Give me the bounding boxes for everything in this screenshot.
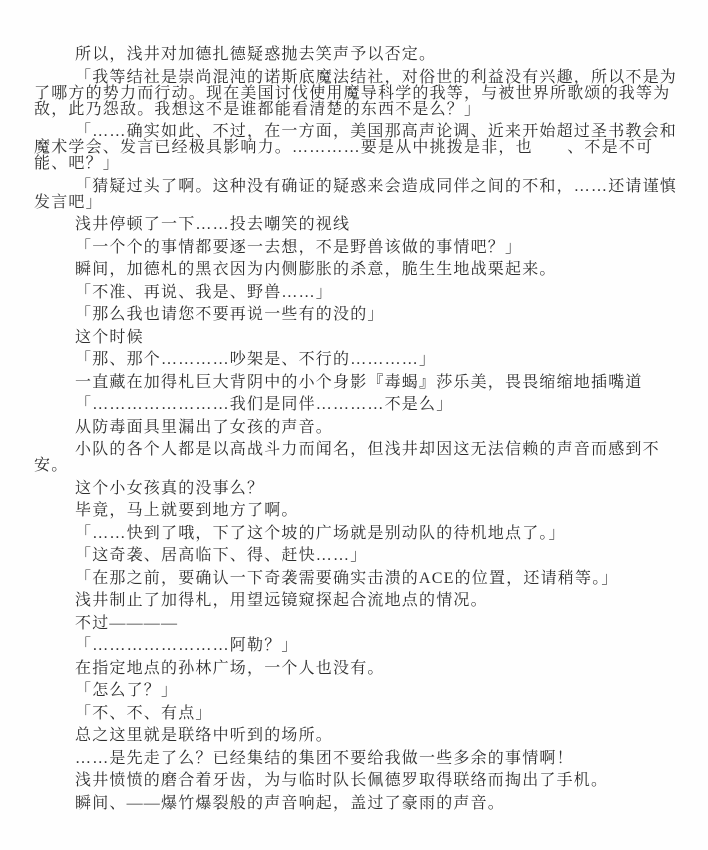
paragraph: 「不准、再说、我是、野兽……」 bbox=[34, 285, 678, 301]
paragraph: 「……………………阿勒？」 bbox=[34, 638, 678, 654]
paragraph: 「那么我也请您不要再说一些有的没的」 bbox=[34, 307, 678, 323]
paragraph: 浅井制止了加得札，用望远镜窥探起合流地点的情况。 bbox=[34, 593, 678, 609]
paragraph: 毕竟，马上就要到地方了啊。 bbox=[34, 503, 678, 519]
paragraph: 「……快到了哦，下了这个坡的广场就是别动队的待机地点了。」 bbox=[34, 526, 678, 542]
paragraph: 小队的各个人都是以高战斗力而闻名，但浅井却因这无法信赖的声音而感到不安。 bbox=[34, 442, 678, 474]
paragraph: 「一个个的事情都要逐一去想，不是野兽该做的事情吧？」 bbox=[34, 240, 678, 256]
paragraph: 总之这里就是联络中听到的场所。 bbox=[34, 728, 678, 744]
novel-page: 所以，浅井对加德扎德疑惑抛去笑声予以否定。「我等结社是崇尚混沌的诺斯底魔法结社，… bbox=[0, 0, 708, 850]
paragraph: 所以，浅井对加德扎德疑惑抛去笑声予以否定。 bbox=[34, 47, 678, 63]
novel-text-body: 所以，浅井对加德扎德疑惑抛去笑声予以否定。「我等结社是崇尚混沌的诺斯底魔法结社，… bbox=[34, 47, 678, 812]
paragraph: 「怎么了？」 bbox=[34, 683, 678, 699]
paragraph: 不过———— bbox=[34, 616, 678, 632]
paragraph: 从防毒面具里漏出了女孩的声音。 bbox=[34, 420, 678, 436]
paragraph: 这个时候 bbox=[34, 330, 678, 346]
paragraph: 浅井愤愤的磨合着牙齿，为与临时队长佩德罗取得联络而掏出了手机。 bbox=[34, 773, 678, 789]
paragraph: 「那、那个…………吵架是、不行的…………」 bbox=[34, 352, 678, 368]
paragraph: 「不、不、有点」 bbox=[34, 706, 678, 722]
paragraph: 「在那之前，要确认一下奇袭需要确实击溃的ACE的位置，还请稍等。」 bbox=[34, 571, 678, 587]
paragraph: 瞬间，加德札的黑衣因为内侧膨胀的杀意，脆生生地战栗起来。 bbox=[34, 262, 678, 278]
paragraph: 浅井停顿了一下……投去嘲笑的视线 bbox=[34, 217, 678, 233]
paragraph: 「……确实如此、不过，在一方面，美国那高声论调、近来开始超过圣书教会和魔术学会、… bbox=[34, 124, 678, 172]
paragraph: 「猜疑过头了啊。这种没有确证的疑惑来会造成同伴之间的不和，……还请谨慎发言吧」 bbox=[34, 179, 678, 211]
paragraph: 一直藏在加得札巨大背阴中的小个身影『毒蝎』莎乐美，畏畏缩缩地插嘴道 bbox=[34, 375, 678, 391]
paragraph: 「……………………我们是同伴…………不是么」 bbox=[34, 397, 678, 413]
paragraph: 「这奇袭、居高临下、得、赶快……」 bbox=[34, 548, 678, 564]
paragraph: 这个小女孩真的没事么？ bbox=[34, 481, 678, 497]
paragraph: 在指定地点的孙林广场，一个人也没有。 bbox=[34, 661, 678, 677]
paragraph: 瞬间、——爆竹爆裂般的声音响起，盖过了豪雨的声音。 bbox=[34, 796, 678, 812]
paragraph: 「我等结社是崇尚混沌的诺斯底魔法结社，对俗世的利益没有兴趣，所以不是为了哪方的势… bbox=[34, 70, 678, 118]
paragraph: ……是先走了么？已经集结的集团不要给我做一些多余的事情啊！ bbox=[34, 751, 678, 767]
